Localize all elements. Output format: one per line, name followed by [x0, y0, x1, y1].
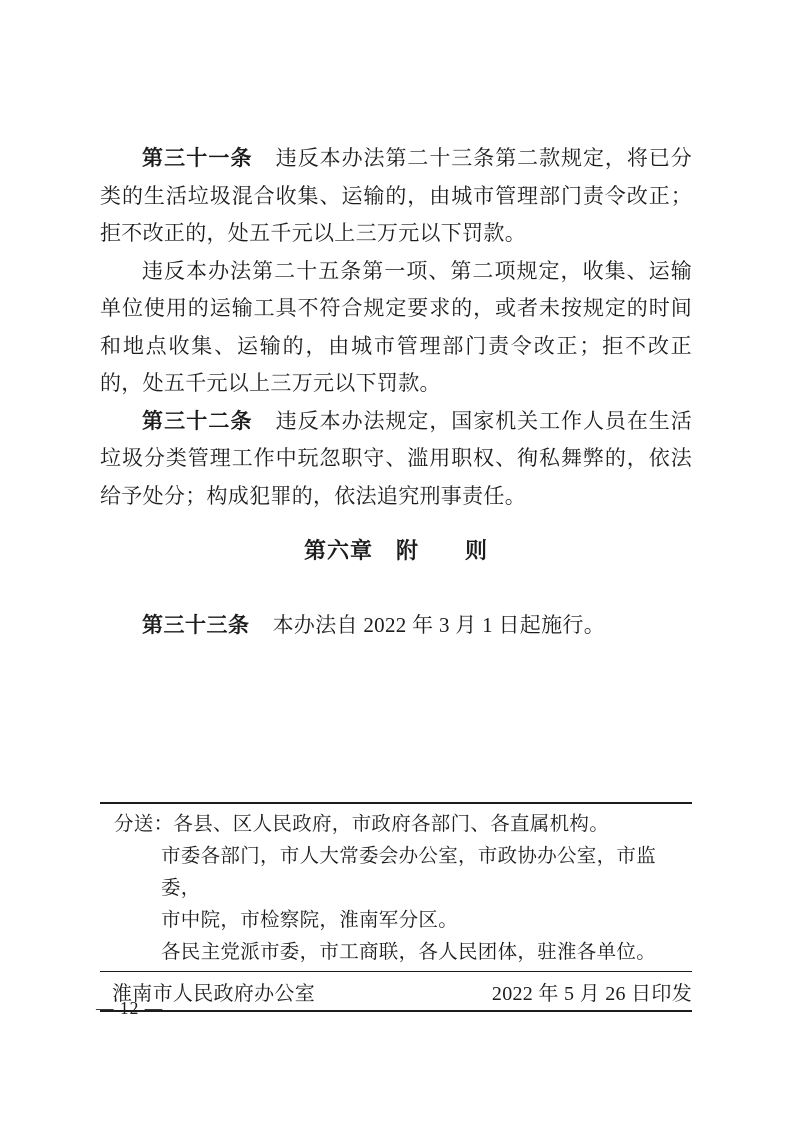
article-31-label: 第三十一条 — [142, 146, 253, 170]
article-33-text: 本办法自 2022 年 3 月 1 日起施行。 — [273, 613, 605, 637]
distribution-line: 市中院，市检察院，淮南军分区。 — [114, 905, 692, 937]
print-date: 2022 年 5 月 26 日印发 — [492, 977, 692, 1006]
document-page: 第三十一条违反本办法第二十三条第二款规定，将已分类的生活垃圾混合收集、运输的，由… — [0, 0, 793, 1122]
article-33-paragraph: 第三十三条本办法自 2022 年 3 月 1 日起施行。 — [100, 607, 692, 645]
distribution-text: 各县、区人民政府，市政府各部门、各直属机构。 — [173, 814, 609, 835]
chapter-heading: 第六章 附 则 — [100, 531, 692, 571]
distribution-label: 分送： — [114, 814, 173, 835]
distribution-line: 分送：各县、区人民政府，市政府各部门、各直属机构。 — [114, 809, 692, 841]
issuer-row: 淮南市人民政府办公室 2022 年 5 月 26 日印发 — [100, 972, 692, 1010]
article-32-label: 第三十二条 — [142, 409, 253, 433]
page-number: — 12 — — [96, 998, 163, 1019]
article-33-label: 第三十三条 — [142, 613, 250, 637]
article-31-paragraph-2-text: 违反本办法第二十五条第一项、第二项规定，收集、运输单位使用的运输工具不符合规定要… — [100, 259, 692, 396]
article-31-paragraph: 第三十一条违反本办法第二十三条第二款规定，将已分类的生活垃圾混合收集、运输的，由… — [100, 140, 692, 253]
footer-bottom-rule — [100, 1010, 692, 1012]
document-footer: 分送：各县、区人民政府，市政府各部门、各直属机构。 市委各部门，市人大常委会办公… — [100, 802, 692, 1012]
distribution-line: 市委各部门，市人大常委会办公室，市政协办公室，市监委， — [114, 841, 692, 905]
article-32-paragraph: 第三十二条违反本办法规定，国家机关工作人员在生活垃圾分类管理工作中玩忽职守、滥用… — [100, 403, 692, 516]
distribution-block: 分送：各县、区人民政府，市政府各部门、各直属机构。 市委各部门，市人大常委会办公… — [100, 804, 692, 971]
document-body: 第三十一条违反本办法第二十三条第二款规定，将已分类的生活垃圾混合收集、运输的，由… — [100, 140, 692, 645]
article-31-paragraph-2: 违反本办法第二十五条第一项、第二项规定，收集、运输单位使用的运输工具不符合规定要… — [100, 253, 692, 403]
distribution-line: 各民主党派市委，市工商联，各人民团体，驻淮各单位。 — [114, 937, 692, 969]
